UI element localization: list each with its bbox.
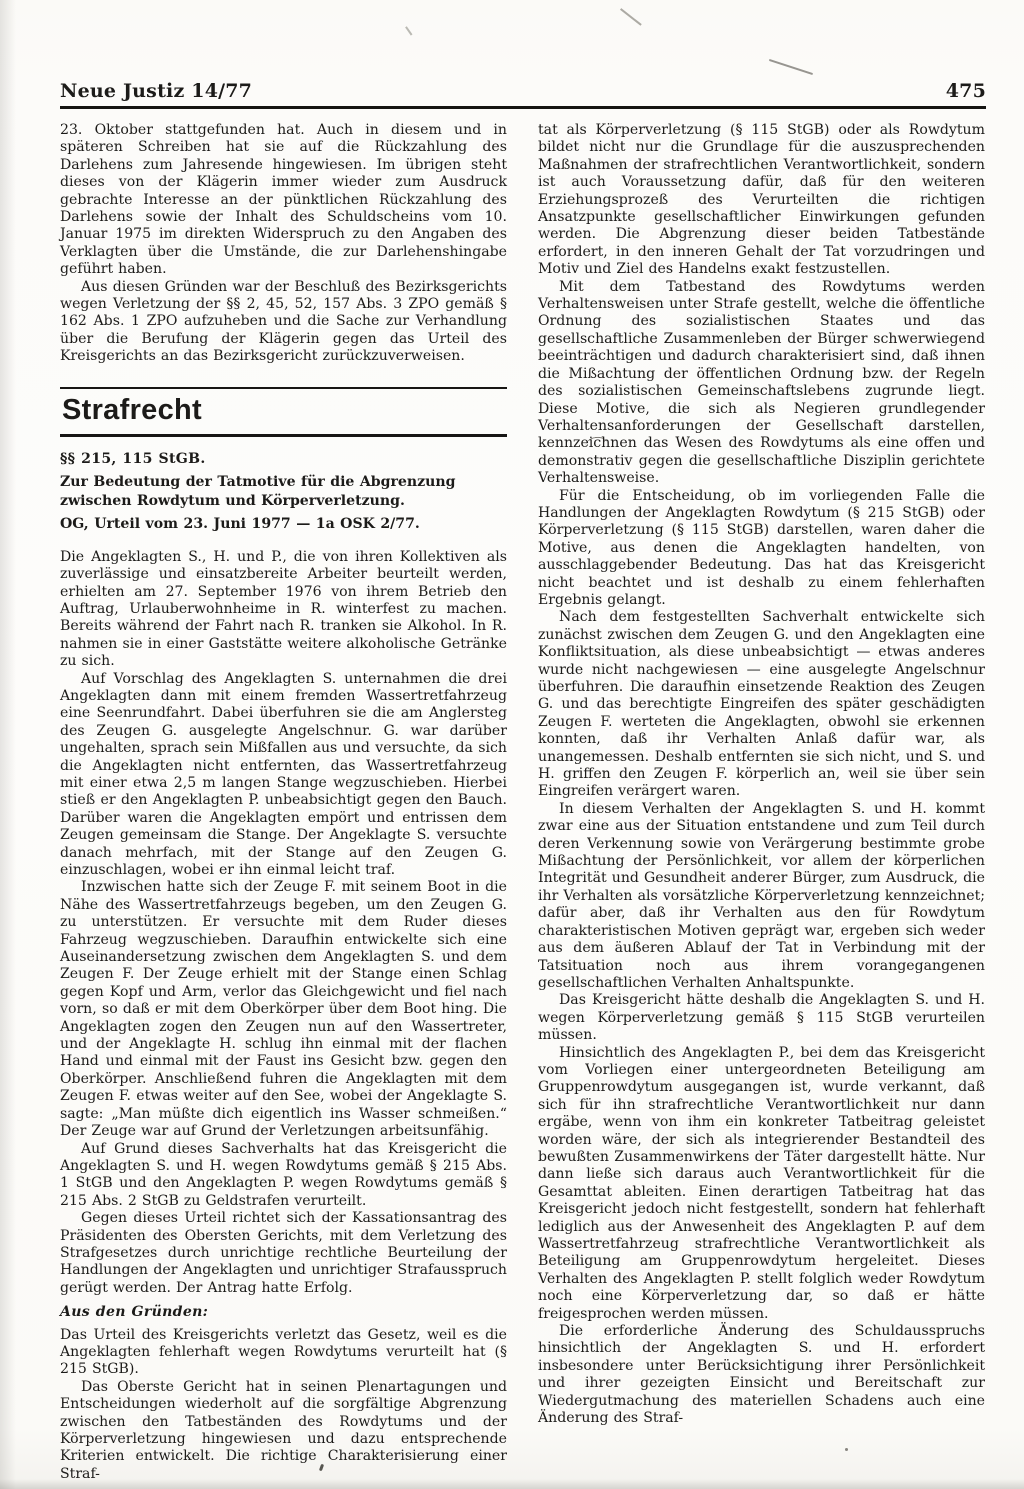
header-rule bbox=[60, 106, 986, 109]
scan-artifact bbox=[406, 26, 413, 35]
reasons-paragraph: Hinsichtlich des Angeklagten P., bei dem… bbox=[538, 1045, 985, 1324]
case-citation: OG, Urteil vom 23. Juni 1977 — 1a OSK 2/… bbox=[60, 515, 507, 534]
reasons-paragraph: Für die Entscheidung, ob im vorliegenden… bbox=[538, 488, 985, 610]
journal-title: Neue Justiz 14/77 bbox=[60, 80, 252, 102]
facts-paragraph: Gegen dieses Urteil richtet sich der Kas… bbox=[60, 1210, 507, 1297]
facts-paragraph: Die Angeklagten S., H. und P., die von i… bbox=[60, 549, 507, 671]
section-rule-bottom bbox=[60, 434, 507, 437]
right-column: tat als Körperverletzung (§ 115 StGB) od… bbox=[538, 122, 985, 1483]
running-head: Neue Justiz 14/77 475 bbox=[60, 80, 986, 102]
left-column: 23. Oktober stattgefunden hat. Auch in d… bbox=[60, 122, 507, 1483]
section-heading-strafrecht: Strafrecht bbox=[60, 389, 507, 434]
facts-paragraph: Auf Vorschlag des Angeklagten S. unterna… bbox=[60, 671, 507, 880]
reasons-paragraph: Das Oberste Gericht hat in seinen Plenar… bbox=[60, 1379, 507, 1483]
facts-paragraph: Auf Grund dieses Sachverhalts hat das Kr… bbox=[60, 1141, 507, 1211]
civil-case-paragraph: 23. Oktober stattgefunden hat. Auch in d… bbox=[60, 122, 507, 279]
facts-paragraph: Inzwischen hatte sich der Zeuge F. mit s… bbox=[60, 879, 507, 1140]
civil-case-paragraph: Aus diesen Gründen war der Beschluß des … bbox=[60, 279, 507, 366]
reasons-paragraph: Die erforderliche Änderung des Schuldaus… bbox=[538, 1323, 985, 1427]
reasons-paragraph: In diesem Verhalten der Angeklagten S. u… bbox=[538, 801, 985, 992]
reasons-paragraph: tat als Körperverletzung (§ 115 StGB) od… bbox=[538, 122, 985, 279]
scan-artifact bbox=[769, 59, 813, 75]
case-headnote: Zur Bedeutung der Tatmotive für die Abgr… bbox=[60, 473, 507, 510]
reasons-heading: Aus den Gründen: bbox=[60, 1304, 507, 1321]
reasons-paragraph: Mit dem Tatbestand des Rowdytums werden … bbox=[538, 279, 985, 488]
scan-artifact bbox=[620, 8, 641, 25]
journal-page: Neue Justiz 14/77 475 23. Oktober stattg… bbox=[0, 0, 1024, 1489]
case-statutes: §§ 215, 115 StGB. bbox=[60, 450, 507, 469]
section-heading-block: Strafrecht bbox=[60, 387, 507, 437]
text-columns: 23. Oktober stattgefunden hat. Auch in d… bbox=[60, 122, 986, 1483]
reasons-paragraph: Das Urteil des Kreisgerichts verletzt da… bbox=[60, 1327, 507, 1379]
page-number: 475 bbox=[946, 80, 986, 102]
reasons-paragraph: Das Kreisgericht hätte deshalb die Angek… bbox=[538, 992, 985, 1044]
case-header: §§ 215, 115 StGB. Zur Bedeutung der Tatm… bbox=[60, 450, 507, 534]
reasons-paragraph: Nach dem festgestellten Sachverhalt entw… bbox=[538, 609, 985, 800]
page-content: Neue Justiz 14/77 475 23. Oktober stattg… bbox=[60, 80, 986, 1483]
